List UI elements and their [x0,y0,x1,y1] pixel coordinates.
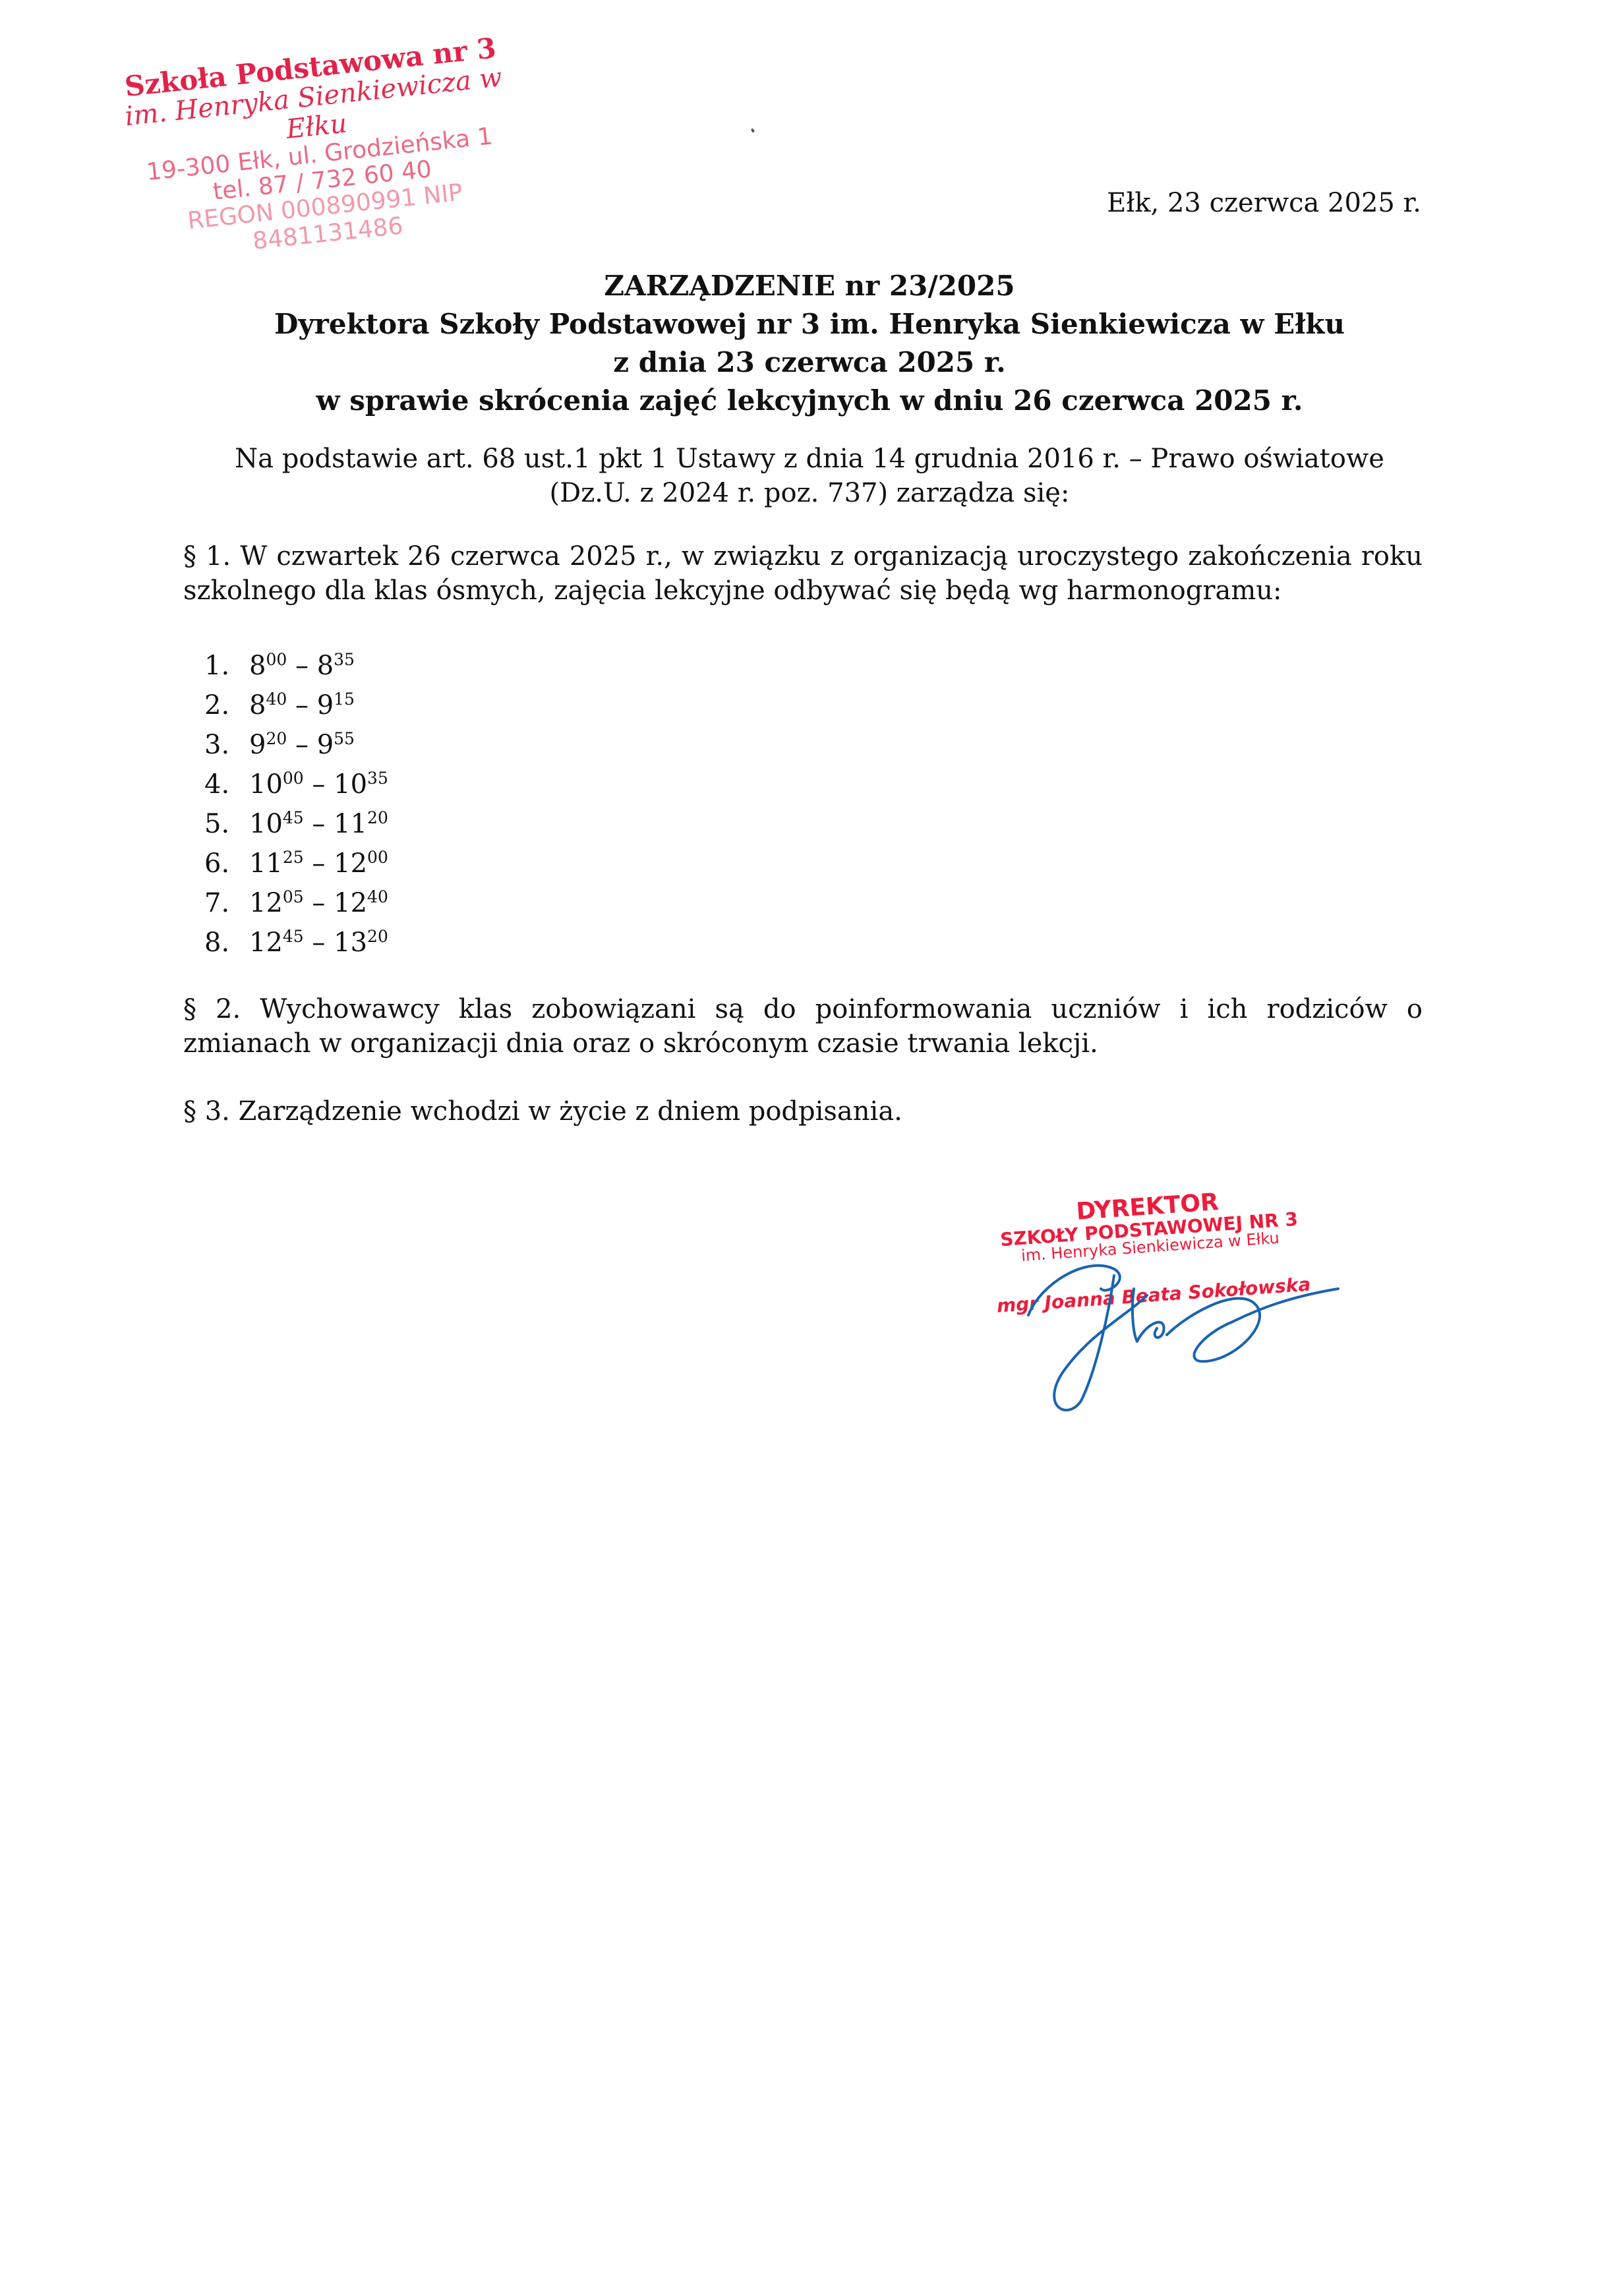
schedule-item-number: 2. [204,686,249,725]
schedule-item-number: 5. [204,804,249,844]
legal-basis-line-1: Na podstawie art. 68 ust.1 pkt 1 Ustawy … [0,442,1619,476]
schedule-item: 2.840 – 915 [204,686,388,725]
handwritten-signature [1015,1243,1345,1414]
legal-basis-line-2: (Dz.U. z 2024 r. poz. 737) zarządza się: [0,476,1619,510]
schedule-item-time: 920 – 955 [249,725,355,765]
schedule-item: 4.1000 – 1035 [204,765,388,804]
schedule-item-time: 840 – 915 [249,686,355,725]
legal-basis: Na podstawie art. 68 ust.1 pkt 1 Ustawy … [0,442,1619,510]
schedule-item-number: 6. [204,844,249,883]
schedule-item: 3.920 – 955 [204,725,388,765]
lesson-schedule-list: 1.800 – 8352.840 – 9153.920 – 9554.1000 … [204,646,388,962]
document-date: Ełk, 23 czerwca 2025 r. [1107,188,1421,218]
schedule-item-time: 1205 – 1240 [249,883,388,923]
document-title: ZARZĄDZENIE nr 23/2025 Dyrektora Szkoły … [0,267,1619,420]
schedule-item-number: 7. [204,883,249,923]
title-line-2: Dyrektora Szkoły Podstawowej nr 3 im. He… [0,305,1619,343]
schedule-item-number: 3. [204,725,249,765]
schedule-item-time: 1000 – 1035 [249,765,388,804]
schedule-item-number: 4. [204,765,249,804]
document-page: Szkoła Podstawowa nr 3 im. Henryka Sienk… [0,0,1619,2296]
title-line-4: w sprawie skrócenia zajęć lekcyjnych w d… [0,382,1619,420]
school-stamp: Szkoła Podstawowa nr 3 im. Henryka Sienk… [112,31,526,268]
schedule-item: 6.1125 – 1200 [204,844,388,883]
title-line-1: ZARZĄDZENIE nr 23/2025 [0,267,1619,305]
paragraph-3: § 3. Zarządzenie wchodzi w życie z dniem… [183,1094,1423,1129]
paragraph-1: § 1. W czwartek 26 czerwca 2025 r., w zw… [183,539,1423,608]
schedule-item-time: 1245 – 1320 [249,923,388,962]
schedule-item: 1.800 – 835 [204,646,388,686]
schedule-item: 8.1245 – 1320 [204,923,388,962]
title-line-3: z dnia 23 czerwca 2025 r. [0,343,1619,382]
paragraph-2: § 2. Wychowawcy klas zobowiązani są do p… [183,992,1423,1061]
schedule-item-number: 1. [204,646,249,686]
scan-artifact [751,128,755,132]
schedule-item: 7.1205 – 1240 [204,883,388,923]
schedule-item-time: 800 – 835 [249,646,355,686]
schedule-item-time: 1125 – 1200 [249,844,388,883]
schedule-item-time: 1045 – 1120 [249,804,388,844]
schedule-item-number: 8. [204,923,249,962]
schedule-item: 5.1045 – 1120 [204,804,388,844]
